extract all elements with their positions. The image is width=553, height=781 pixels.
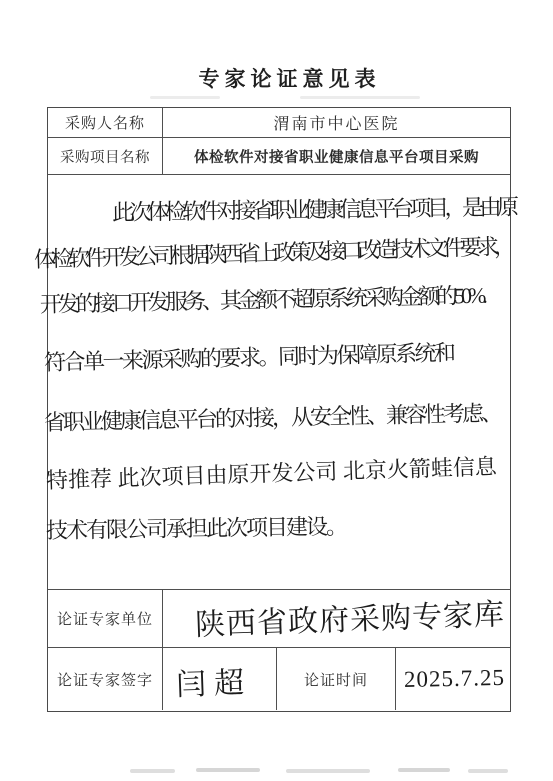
page-title: 专家论证意见表 (13, 63, 553, 93)
opinion-form-table: 采购人名称 渭南市中心医院 采购项目名称 体检软件对接省职业健康信息平台项目采购… (47, 107, 511, 712)
scan-artifact (130, 769, 175, 773)
expert-unit-label: 论证专家单位 (48, 590, 163, 648)
scan-artifact (300, 96, 420, 99)
review-time-label: 论证时间 (277, 648, 396, 710)
expert-unit-value-cell (163, 590, 510, 648)
project-name-label: 采购项目名称 (48, 138, 163, 175)
opinion-body-cell (48, 175, 510, 590)
scan-artifact (398, 768, 450, 772)
project-name-value: 体检软件对接省职业健康信息平台项目采购 (163, 138, 510, 175)
expert-signature-cell (163, 648, 277, 710)
scan-artifact (150, 96, 220, 99)
scan-artifact (468, 769, 508, 773)
review-date-cell (396, 648, 510, 710)
scan-artifact (196, 768, 260, 772)
purchaser-name-label: 采购人名称 (48, 108, 163, 138)
purchaser-name-value: 渭南市中心医院 (163, 108, 510, 138)
scanned-document-page: 专家论证意见表 采购人名称 渭南市中心医院 采购项目名称 体检软件对接省职业健康… (0, 0, 553, 781)
scan-artifact (286, 769, 370, 773)
expert-signature-label: 论证专家签字 (48, 648, 163, 710)
